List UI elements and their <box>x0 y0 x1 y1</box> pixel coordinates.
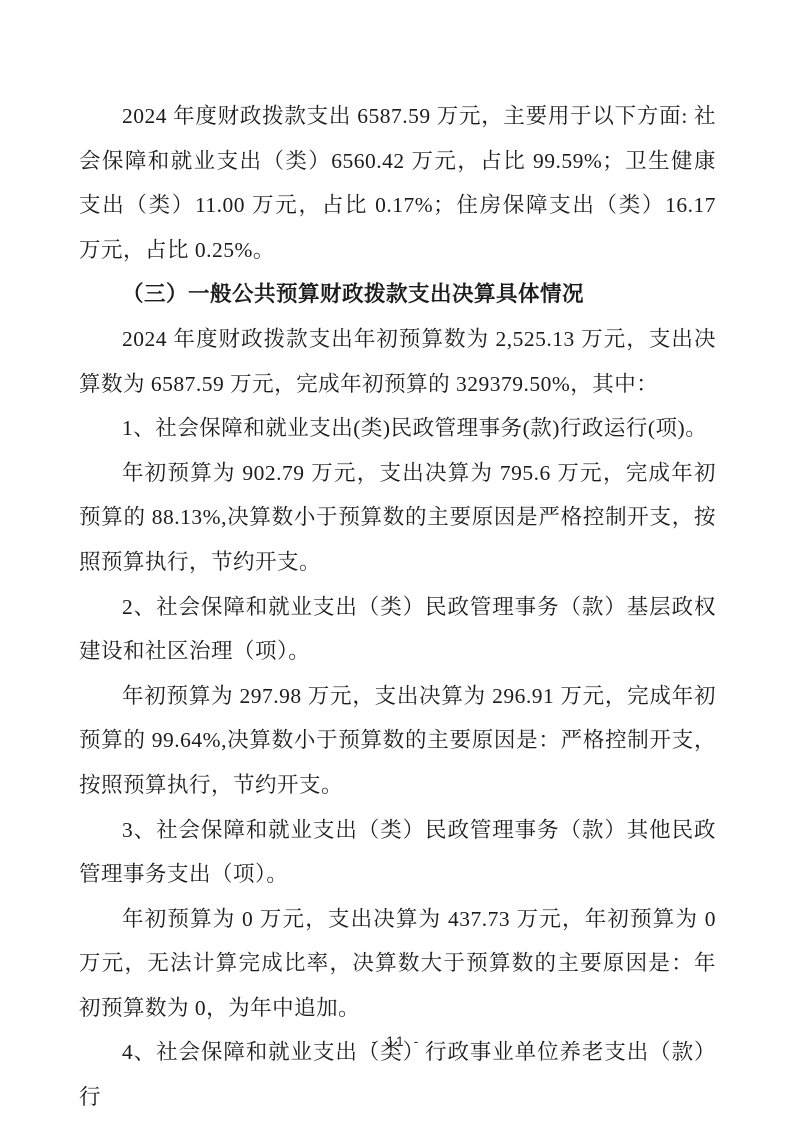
paragraph-item-2-detail: 年初预算为 297.98 万元，支出决算为 296.91 万元，完成年初预算的 … <box>79 674 716 808</box>
paragraph-funding-overview: 2024 年度财政拨款支出 6587.59 万元，主要用于以下方面: 社会保障和… <box>79 94 716 272</box>
document-page: 2024 年度财政拨款支出 6587.59 万元，主要用于以下方面: 社会保障和… <box>0 0 793 1122</box>
paragraph-item-1-detail: 年初预算为 902.79 万元，支出决算为 795.6 万元，完成年初预算的 8… <box>79 451 716 585</box>
paragraph-item-3-title: 3、社会保障和就业支出（类）民政管理事务（款）其他民政管理事务支出（项）。 <box>79 808 716 897</box>
paragraph-item-2-title: 2、社会保障和就业支出（类）民政管理事务（款）基层政权建设和社区治理（项）。 <box>79 585 716 674</box>
section-heading-general-budget-details: （三）一般公共预算财政拨款支出决算具体情况 <box>79 272 716 317</box>
paragraph-budget-summary: 2024 年度财政拨款支出年初预算数为 2,525.13 万元，支出决算数为 6… <box>79 317 716 406</box>
paragraph-item-3-detail: 年初预算为 0 万元，支出决算为 437.73 万元，年初预算为 0 万元，无法… <box>79 897 716 1031</box>
paragraph-item-1-title: 1、社会保障和就业支出(类)民政管理事务(款)行政运行(项)。 <box>79 406 716 451</box>
page-number: - 11 - <box>0 1033 793 1049</box>
